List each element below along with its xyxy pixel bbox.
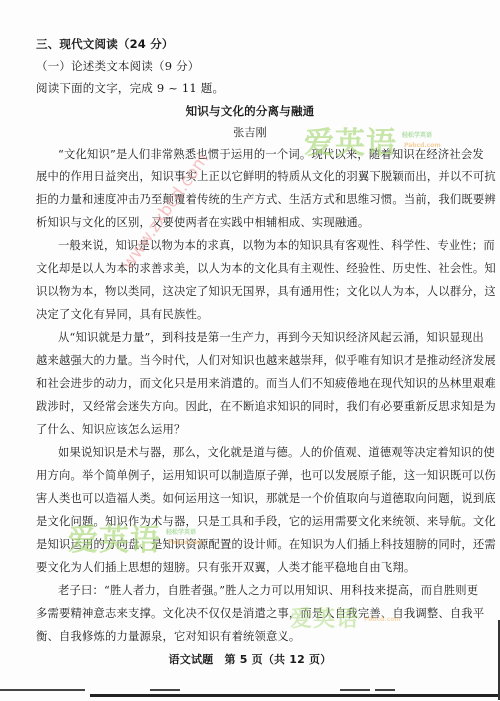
scan-edge-line — [0, 689, 85, 691]
watermark-logo-text: 爱英语 — [290, 607, 359, 632]
article-line: 文化却是以人为本的求善求美，以人为本的文化具有主观性、经验性、历史性、社会性。知 — [36, 262, 448, 276]
article-line: 拒的力量和速度冲击乃至颠覆着传统的生产方式、生活方式和思维习惯。当前，我们既要辨 — [36, 193, 448, 207]
article-line: 害人类也可以造福人类。如何运用这一知识，那就是一个价值取向与道德取向问题，说到底 — [36, 492, 448, 506]
section-subheading: （一）论述类文本阅读（9 分） — [36, 59, 199, 73]
reading-instruction: 阅读下面的文字，完成 9 ~ 11 题。 — [36, 81, 224, 95]
watermark-url: Pabcd.com — [364, 616, 401, 623]
watermark-logo-text: 爱英语 — [304, 126, 397, 161]
scan-edge-line — [375, 689, 395, 691]
article-line: 从“知识就是力量”，到科技是第一生产力，再到今天知识经济风起云涌，知识显现出 — [58, 331, 448, 345]
article-line: 一般来说，知识是以物为本的求真，以物为本的知识具有客观性、科学性、专业性；而 — [58, 239, 448, 253]
article-line: 老子曰：“胜人者力，自胜者强。”胜人之力可以用知识、用科技来提高，而自胜则更 — [58, 584, 448, 598]
article-line: 如果说知识是术与器，那么，文化就是道与德。人的价值观、道德观等决定着知识的使 — [58, 446, 448, 460]
page-footer: 语文试题 第 5 页（共 12 页） — [0, 653, 500, 667]
watermark-logo-top: 爱英语 轻松学英语 Pabcd.com — [304, 118, 444, 158]
article-line: 要文化为人们插上思想的翅膀。只有张开双翼，人类才能平稳地自由飞翔。 — [36, 561, 448, 575]
watermark-logo-text: 爱英语 — [68, 523, 161, 558]
article-line: 越来越强大的力量。当今时代，人们对知识也越来越崇拜，似乎唯有知识才是推动经济发展 — [36, 354, 448, 368]
scan-edge-line — [340, 689, 370, 691]
watermark-tagline: 轻松学英语 — [402, 130, 432, 139]
scan-bottom-border — [90, 694, 500, 697]
article-line: 展中的作用日益突出，知识事实上正以它鲜明的特质从文化的羽翼下脱颖而出，并以不可抗 — [36, 170, 448, 184]
article-line: 和社会进步的动力，而文化只是用来消遣的。而当人们不知疲倦地在现代知识的丛林里艰难 — [36, 377, 448, 391]
article-title: 知识与文化的分离与融通 — [0, 104, 500, 118]
watermark-tagline: 轻松学英语 — [166, 527, 196, 536]
exam-page: 三、现代文阅读（24 分） （一）论述类文本阅读（9 分） 阅读下面的文字，完成… — [0, 0, 500, 701]
article-line: 识以物为本，物以类同，这决定了知识无国界，具有通用性；文化以人为本，人以群分，这 — [36, 285, 448, 299]
watermark-logo-mid: 爱英语 轻松学英语 Pabcd.com — [68, 515, 208, 555]
article-line: 用方向。举个简单例子，运用知识可以制造原子弹，也可以发展原子能，这一知识既可以伤 — [36, 469, 448, 483]
watermark-url: Pabcd.com — [168, 539, 205, 546]
article-line: 了什么、知识应该怎么运用？ — [36, 423, 448, 437]
article-line: 析知识与文化的区别，又要使两者在实践中相辅相成、实现融通。 — [36, 216, 448, 230]
article-line: 跋涉时，又经常会迷失方向。因此，在不断追求知识的同时，我们有必要重新反思求知是为 — [36, 400, 448, 414]
watermark-url: Pabcd.com — [404, 142, 441, 149]
watermark-logo-bottom: 爱英语 Pabcd.com — [290, 602, 430, 642]
watermark-diagonal-url: www.zxbcd.com — [118, 150, 213, 274]
section-heading: 三、现代文阅读（24 分） — [36, 37, 174, 51]
scan-edge-line — [150, 689, 180, 691]
article-line: 决定了文化有异同，具有民族性。 — [36, 308, 448, 322]
